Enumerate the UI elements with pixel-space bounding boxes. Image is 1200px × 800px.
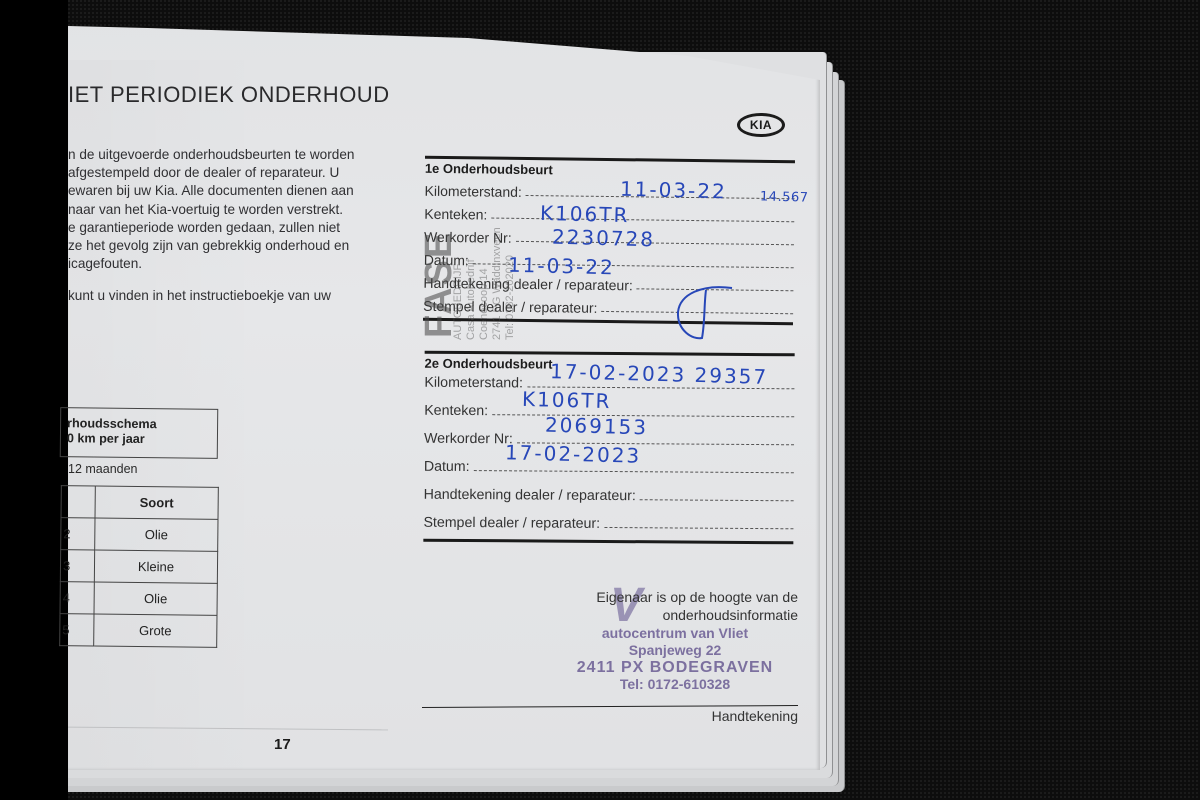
stamp-line: Casa Autobedrijf [465,259,477,340]
handwritten-date: 11-03-22 [508,253,615,280]
table-cell: 3 [60,550,94,582]
table-header: Soort [95,486,218,519]
stamp-line: Tel: 0172-610328 [550,676,800,693]
owner-note-line: onderhoudsinformatie [596,606,798,624]
intro-text: n de uitgevoerde onderhoudsbeurten te wo… [68,146,408,306]
table-row: 5 Grote [60,614,217,648]
handwritten-date: 17-02-2023 [505,440,642,468]
intro-line: ewaren bij uw Kia. Alle documenten diene… [68,182,408,200]
photo-background-left [0,0,68,800]
field-label: Handtekening dealer / reparateur: [424,487,636,504]
table-cell: 4 [60,582,94,614]
page-title: IET PERIODIEK ONDERHOUD [68,82,390,108]
handwritten-license-plate: K106TR [522,387,612,413]
intro-line: afgestempeld door de dealer of reparateu… [68,164,408,182]
handwritten-work-order: 2230728 [552,225,656,252]
table-header [61,486,95,518]
intro-line: kunt u vinden in het instructieboekje va… [68,287,408,305]
stamp-line: 2741 PG Waddinxveen [491,227,503,340]
stamp-line: Coenecoop 14 [478,268,490,340]
handwritten-mileage: 14.567 [760,189,809,205]
table-row: 2 Olie [61,518,218,552]
field-label: Werkorder Nr: [424,431,513,448]
table-cell: Olie [95,518,218,551]
dealer-stamp-van-vliet: autocentrum van Vliet Spanjeweg 22 2411 … [550,625,800,693]
intro-line: ze het gevolg zijn van gebrekkig onderho… [68,237,408,255]
table-row: 3 Kleine [60,550,217,584]
table-cell: Grote [94,614,217,647]
table-cell: Kleine [94,550,217,583]
owner-note: Eigenaar is op de hoogte van de onderhou… [596,588,798,624]
field-label: Datum: [424,459,470,475]
table-row: 4 Olie [60,582,217,616]
table-cell: 2 [61,518,95,550]
page-number: 17 [274,736,291,753]
intro-line: icagefouten. [68,255,408,273]
field-stempel: Stempel dealer / reparateur: [423,503,793,534]
handwritten-license-plate: K106TR [540,201,630,227]
stamp-line: 2411 PX BODEGRAVEN [550,659,800,676]
schedule-box-line: 0 km per jaar [67,431,217,448]
schedule-box: rhoudsschema 0 km per jaar [60,407,219,459]
signature-icon [672,282,734,344]
stamp-line: AUTOBEDRIJF [452,264,464,340]
field-handtekening: Handtekening dealer / reparateur: [424,475,794,506]
schedule-box-line: rhoudsschema [67,416,217,433]
signature-label: Handtekening [712,708,798,724]
field-label: Kilometerstand: [424,375,523,392]
field-label: Stempel dealer / reparateur: [423,515,600,532]
kia-logo-icon: KIA [737,113,785,137]
table-cell: Olie [94,582,217,615]
intro-line: naar van het Kia-voertuig te worden vers… [68,201,408,219]
schedule-table: Soort 2 Olie 3 Kleine 4 Olie 5 Grote [59,485,219,648]
table-header-row: Soort [61,486,218,520]
handwritten-date: 11-03-22 [620,177,727,204]
intro-line: n de uitgevoerde onderhoudsbeurten te wo… [68,146,408,164]
stamp-line: Spanjeweg 22 [550,642,800,659]
handwritten-work-order: 2069153 [545,413,649,440]
owner-note-line: Eigenaar is op de hoogte van de [596,588,798,606]
table-cell: 5 [60,614,94,646]
intro-line: e garantieperiode worden gedaan, zullen … [68,219,408,237]
schedule-subtitle: 12 maanden [68,462,138,476]
field-label: Kenteken: [424,403,488,419]
stamp-line: autocentrum van Vliet [550,625,800,642]
